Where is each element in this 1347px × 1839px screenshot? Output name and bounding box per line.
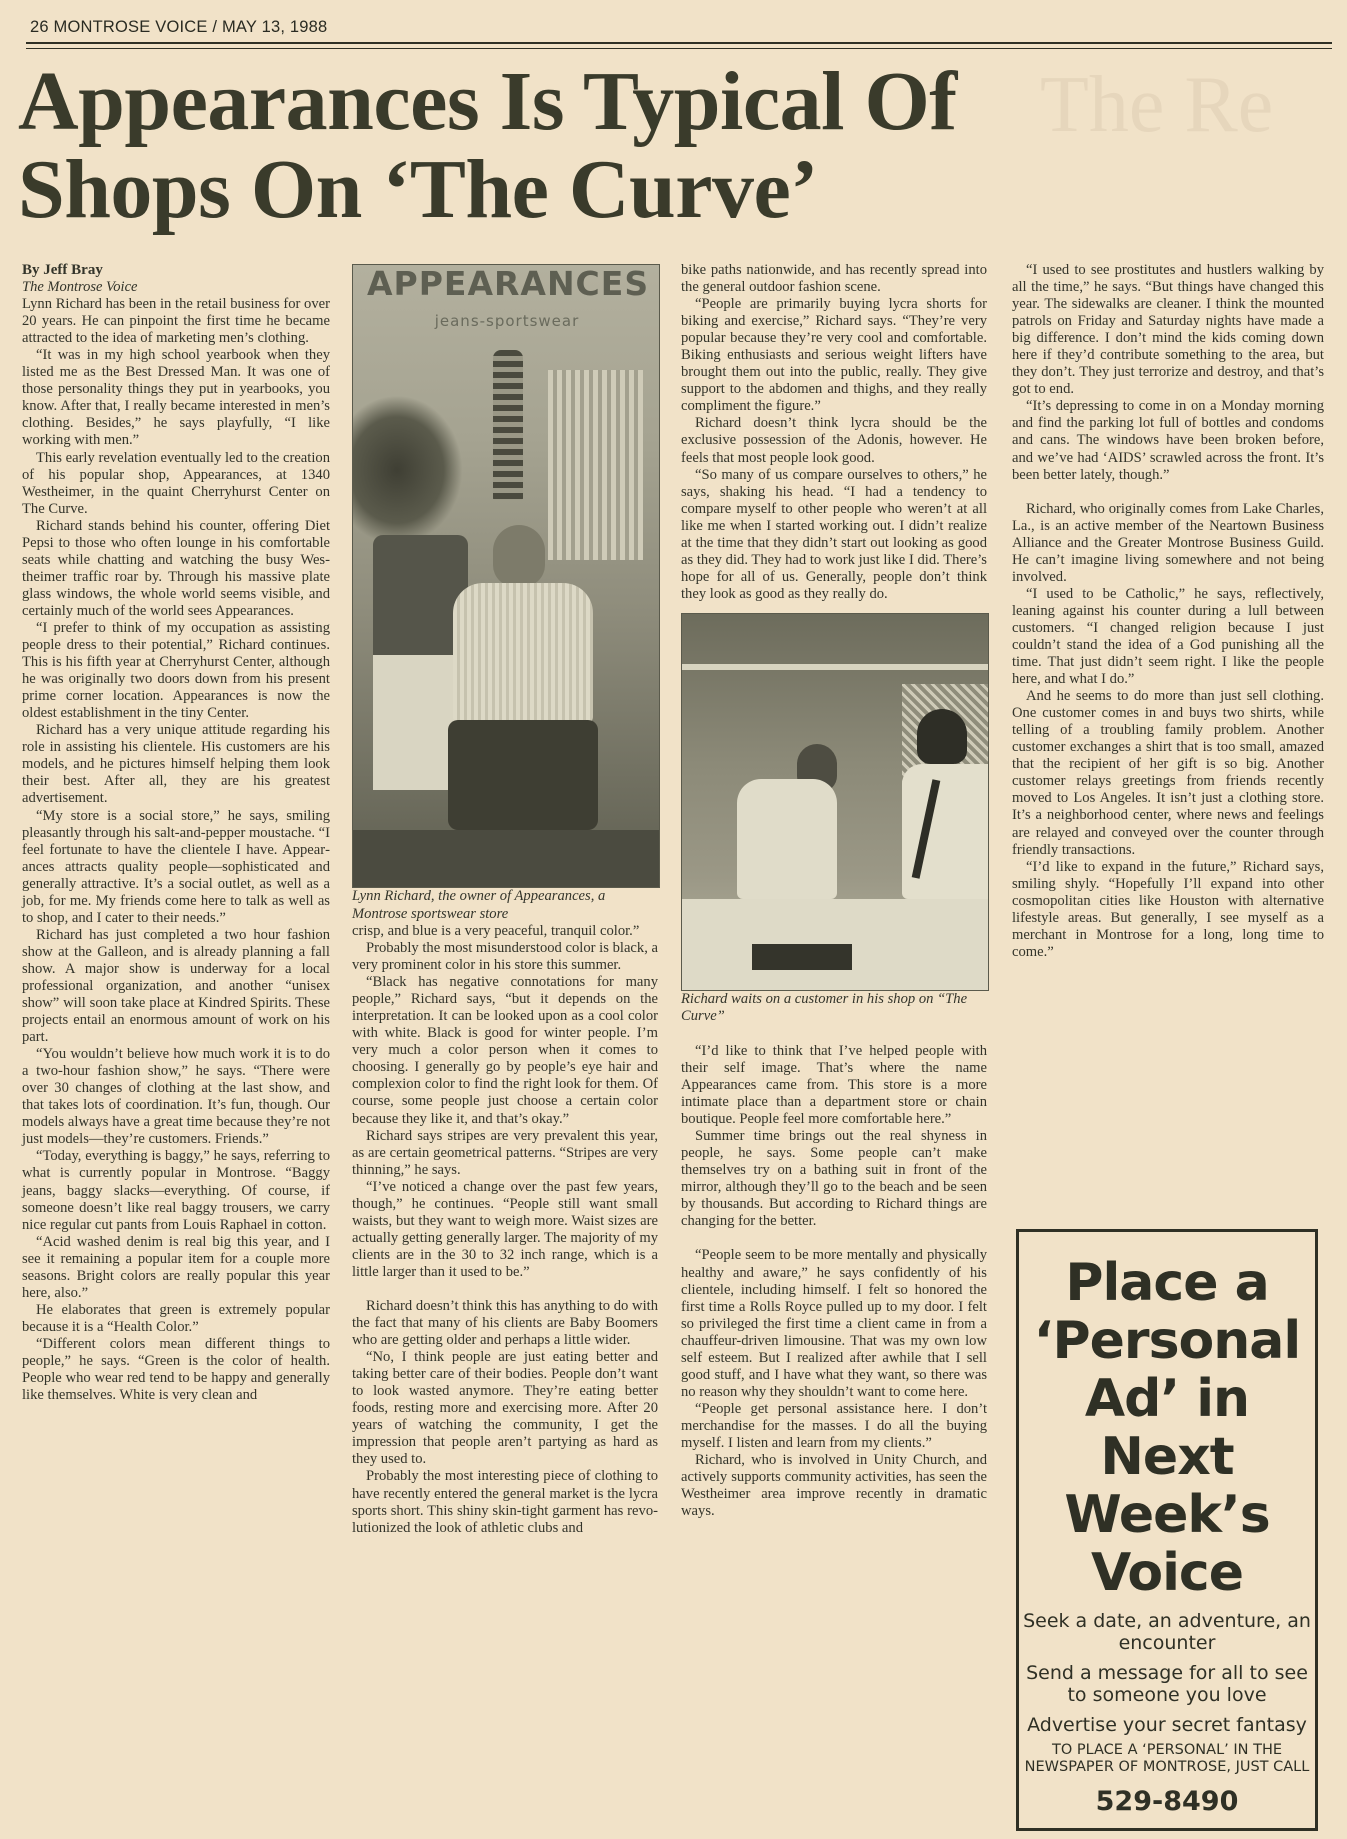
paragraph: Richard stands behind his counter, of­fe…	[22, 518, 330, 620]
photo-caption-2: Richard waits on a customer in his shop …	[681, 991, 987, 1026]
paragraph: Richard has a very unique attitude re­ga…	[22, 722, 330, 807]
paragraph: Richard has just completed a two hour fa…	[22, 927, 330, 1046]
customer-head	[917, 709, 967, 764]
paragraph: Richard, who is involved in Unity Church…	[681, 1452, 987, 1520]
striped-tie-display	[493, 350, 523, 500]
paragraph: “People seem to be more mentally and phy…	[681, 1247, 987, 1400]
paragraph: Summer time brings out the real shy­ness…	[681, 1128, 987, 1230]
column-3: bike paths nationwide, and has recently …	[681, 262, 987, 1520]
owner-white-shirt	[737, 779, 837, 899]
paragraph: Richard doesn’t think this has any­thing…	[352, 1298, 658, 1349]
paragraph: “I used to see prostitutes and hustlers …	[1012, 262, 1324, 398]
ad-text-fantasy: Advertise your secret fantasy	[1019, 1714, 1315, 1736]
paragraph: crisp, and blue is a very peaceful, tran…	[352, 923, 658, 940]
paragraph: “I prefer to think of my occupation as a…	[22, 620, 330, 722]
paragraph: “My store is a social store,” he says, s…	[22, 808, 330, 927]
paragraph: “People get personal assistance here. I …	[681, 1401, 987, 1452]
paragraph: And he seems to do more than just sell c…	[1012, 688, 1324, 858]
ad-headline: Place a ‘Personal Ad’ in Next Week’s Voi…	[1019, 1254, 1315, 1602]
paragraph: Richard, who originally comes from Lake …	[1012, 501, 1324, 586]
headline-line-1: Appearances Is Typical Of	[18, 58, 1218, 146]
ceiling-light-strip	[682, 664, 988, 670]
page-folio: 26 MONTROSE VOICE / MAY 13, 1988	[30, 18, 327, 37]
newspaper-page: 26 MONTROSE VOICE / MAY 13, 1988 The Re …	[0, 0, 1347, 1839]
ad-headline-line: ‘Personal	[1019, 1312, 1315, 1370]
store-sign-subtitle: jeans-sportswear	[367, 313, 647, 330]
paragraph: This early revelation eventually led to …	[22, 450, 330, 518]
paragraph: bike paths nationwide, and has recently …	[681, 262, 987, 296]
man-head	[493, 525, 545, 587]
paragraph: “Different colors mean different things …	[22, 1336, 330, 1404]
paragraph: “Today, everything is baggy,” he says, r…	[22, 1148, 330, 1233]
paragraph: Probably the most misunderstood col­or i…	[352, 940, 658, 974]
ad-headline-line: Week’s	[1019, 1486, 1315, 1544]
photo-store-owner: APPEARANCES jeans-sportswear	[352, 264, 660, 888]
customer-white-shirt	[902, 764, 988, 899]
paragraph: Richard doesn’t think lycra should be th…	[681, 415, 987, 466]
paragraph: “I’d like to expand in the future,” Rich…	[1012, 859, 1324, 961]
man-dark-pants	[448, 720, 598, 830]
ad-text-seek: Seek a date, an adventure, an encounter	[1019, 1610, 1315, 1654]
ad-headline-line: Next	[1019, 1428, 1315, 1486]
photo-caption-1: Lynn Richard, the owner of Appearances, …	[352, 888, 658, 923]
paragraph: “People are primarily buying lycra short…	[681, 296, 987, 415]
ad-instructions: TO PLACE A ‘PERSONAL’ IN THE NEWSPAPER O…	[1019, 1742, 1315, 1776]
floor	[353, 830, 659, 887]
man-striped-shirt	[453, 583, 593, 723]
column-1: By Jeff Bray The Montrose Voice Lynn Ric…	[22, 262, 330, 1404]
ad-headline-line: Place a	[1019, 1254, 1315, 1312]
photo-customer-service	[681, 613, 989, 991]
article-headline: Appearances Is Typical Of Shops On ‘The …	[18, 58, 1218, 234]
column-4: “I used to see prostitutes and hustlers …	[1012, 262, 1324, 961]
paragraph: Lynn Richard has been in the retail busi…	[22, 296, 330, 347]
ad-headline-line: Voice	[1019, 1544, 1315, 1602]
paragraph: “I’d like to think that I’ve helped peo­…	[681, 1043, 987, 1128]
paragraph: “Acid washed denim is real big this year…	[22, 1234, 330, 1302]
striped-shirt-display	[548, 370, 643, 560]
header-rule	[26, 42, 1332, 49]
paragraph: “No, I think people are just eating bet­…	[352, 1349, 658, 1468]
paragraph: Probably the most interesting piece of c…	[352, 1468, 658, 1536]
store-sign-title: APPEARANCES	[367, 275, 647, 292]
column-2: APPEARANCES jeans-sportswear Lynn Richar…	[352, 262, 658, 1537]
paragraph: “Black has negative connotations for man…	[352, 974, 658, 1127]
paragraph: “It’s depressing to come in on a Mon­day…	[1012, 398, 1324, 483]
ad-text-message: Send a message for all to see to someone…	[1019, 1662, 1315, 1706]
paragraph: “It was in my high school yearbook when …	[22, 347, 330, 449]
plant-leaves	[353, 395, 463, 545]
byline-author: By Jeff Bray	[22, 262, 330, 279]
paragraph: Richard says stripes are very preva­lent…	[352, 1128, 658, 1179]
personal-ad-box: Place a ‘Personal Ad’ in Next Week’s Voi…	[1016, 1229, 1318, 1831]
ad-phone-number: 529-8490	[1019, 1786, 1315, 1817]
byline-outlet: The Montrose Voice	[22, 279, 330, 296]
paragraph: “So many of us compare ourselves to othe…	[681, 467, 987, 603]
cash-register	[752, 944, 852, 970]
ad-headline-line: Ad’ in	[1019, 1370, 1315, 1428]
paragraph: “I used to be Catholic,” he says, reflec…	[1012, 586, 1324, 688]
headline-line-2: Shops On ‘The Curve’	[18, 146, 1218, 234]
paragraph: He elaborates that green is extremely po…	[22, 1302, 330, 1336]
paragraph: “You wouldn’t believe how much work it i…	[22, 1046, 330, 1148]
paragraph: “I’ve noticed a change over the past few…	[352, 1179, 658, 1281]
